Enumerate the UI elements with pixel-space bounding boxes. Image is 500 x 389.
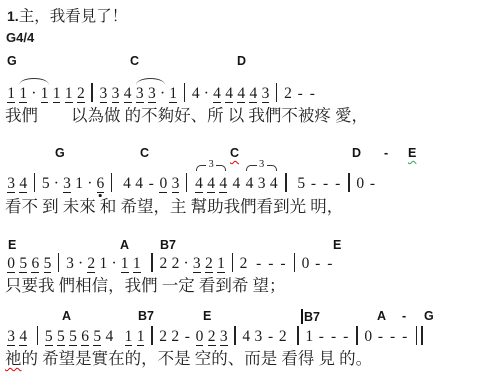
notation-row[interactable]: 345·31·644-034443443435---0- [5,173,379,197]
note: 1 [125,329,133,346]
note: 0 [196,329,204,346]
chord-label: B7 [301,309,320,324]
lyric-segment: 的 希望是實在的，不是 空的、而是 看得 見 的。 [22,349,373,368]
note: 3 [148,86,156,103]
chord-label: C [140,146,149,160]
dot: · [87,174,92,194]
chord-row[interactable]: GCCD-E [0,146,500,162]
note: 2 [284,86,292,102]
note: 6 [31,256,39,273]
note: 2 [77,86,85,103]
triplet-number: 3 [209,160,214,170]
dash: - [310,84,315,104]
barline [37,326,38,345]
song-title-text: 主，我看見了！ [19,8,128,25]
note: 4 [207,176,215,193]
song-number: 1. [7,8,19,24]
note: 1 [7,86,15,103]
note: 3 [7,329,15,346]
note: 4 [19,176,27,193]
note: 3 [100,86,108,103]
barline [297,326,298,345]
notation-row[interactable]: 05653·21·1122·3212---0-- [5,253,336,277]
tie-arc: 1·1 [17,84,50,104]
dash: - [370,174,375,194]
chord-label: D [352,146,361,160]
chord-label: G [424,309,434,323]
chord-row[interactable]: AB7EB7A-G [0,309,500,325]
note: 4 [213,86,221,103]
chord-label: G [7,54,17,68]
note: 6 [97,176,105,193]
lyric-segment: 看不 到 未來 和 希望，主 幫助我們看到光 明， [5,197,343,216]
barline [285,173,286,192]
note: 3 [255,329,263,345]
note: 1 [65,86,73,103]
barline [91,83,92,102]
note: 2 [279,329,287,345]
chord-label: - [402,309,406,323]
dot: · [160,84,165,104]
lyric-segment: 只要我 們相信，我們 一定 看到希 望； [5,276,286,295]
dot: · [31,84,36,104]
note: 4 [135,176,143,192]
note: 3 [7,176,15,193]
dash: - [268,254,273,274]
note: 2 [240,256,248,272]
note: 3 [112,86,120,103]
note: 1 [133,256,141,273]
barline [356,326,357,345]
barline [151,253,152,272]
note: 2 [205,256,213,273]
chord-label: - [384,146,388,160]
note: 2 [159,256,167,272]
barline [232,253,233,272]
barline [151,326,152,345]
note: 3 [63,176,71,193]
dash: - [256,254,261,274]
chord-row[interactable]: EAB7E [0,238,500,254]
note: 4 [123,176,131,192]
note: 2 [208,329,216,346]
note: 0 [364,329,372,345]
note: 1 [19,86,27,103]
barline [111,173,112,192]
note: 4 [124,86,132,103]
note: 3 [220,329,228,346]
chord-label: D [237,54,246,68]
dash: - [402,327,407,347]
note: 4 [237,86,245,103]
dash: - [268,327,273,347]
document-page: 1.主，我看見了！ G4/4 GCD11·111233433·14·444432… [0,0,500,389]
dash: - [149,174,154,194]
dash: - [311,174,316,194]
note: 2 [172,256,180,272]
dash: - [343,327,348,347]
note: 1 [217,256,225,273]
barline [58,253,59,272]
chord-label: E [333,238,341,252]
chord-label: A [377,309,386,323]
dash: - [280,254,285,274]
note: 1 [121,256,129,273]
note: 3 [193,256,201,273]
note: 0 [356,176,364,192]
chord-label: C [130,54,139,68]
note: 2 [159,329,167,345]
chord-label: E [8,238,16,252]
barline [184,83,185,102]
note: 2 [171,329,179,345]
note: 5 [42,176,50,192]
triplet-bracket: 4443 [193,174,229,194]
tie-arc: 33· [134,84,167,104]
note: 3 [258,176,266,192]
note: 4 [105,329,113,345]
note: 3 [262,86,270,103]
note: 5 [44,256,52,273]
note: 5 [69,329,77,346]
note: 0 [302,256,310,272]
lyrics-row[interactable]: 祂的 希望是實在的，不是 空的、而是 看得 見 的。 [5,349,372,369]
lyrics-row[interactable]: 只要我 們相信，我們 一定 看到希 望； [5,276,286,296]
chord-label: E [203,309,211,323]
chord-label: A [62,309,71,323]
note: 1 [169,86,177,103]
dash: - [298,84,303,104]
note: 4 [195,176,203,193]
note: 3 [172,176,180,193]
dash: - [319,327,324,347]
note: 3 [136,86,144,103]
dot: · [78,254,83,274]
triplet-bracket: 4343 [243,174,279,194]
note: 4 [246,176,254,192]
chord-label: E [408,146,416,160]
note: 4 [233,176,241,192]
note: 4 [242,329,250,345]
note: 4 [270,176,278,192]
triplet-number: 3 [259,160,264,170]
lyrics-row[interactable]: 我們 以為做 的不夠好、所 以 我們不被疼 愛， [5,106,368,126]
note: 1 [41,86,49,103]
note: 1 [75,176,83,192]
barline [276,83,277,102]
dot: · [111,254,116,274]
dash: - [331,327,336,347]
chord-label: G [55,146,65,160]
dash: - [327,254,332,274]
note: 4 [249,86,257,103]
lyric-segment: 我們 以為做 的不夠好、所 以 我們不被疼 愛， [5,106,368,125]
dash: - [315,254,320,274]
notation-row[interactable]: 345556541122-02343-21---0--- [5,326,425,350]
dash: - [390,327,395,347]
chord-label: C [230,146,239,160]
barline [186,173,187,192]
note: 2 [87,256,95,273]
dot: · [184,254,189,274]
note: 6 [81,329,89,346]
note: 1 [137,329,145,346]
lyrics-row[interactable]: 看不 到 未來 和 希望，主 幫助我們看到光 明， [5,197,343,217]
chord-row[interactable]: GCD [0,54,500,70]
key-signature[interactable]: G4/4 [6,30,34,45]
chord-label: B7 [138,309,154,323]
chord-label: A [120,238,129,252]
dash: - [335,174,340,194]
dot: · [54,174,59,194]
note: 5 [93,329,101,346]
note: 1 [100,256,108,272]
barline [34,173,35,192]
note: 5 [19,256,27,273]
barline [294,253,295,272]
lyric-segment: 祂 [5,349,22,368]
chord-label: B7 [160,238,176,252]
text-cursor [301,309,303,324]
final-barline [416,326,423,345]
note: 4 [225,86,233,103]
dash: - [378,327,383,347]
note: 4 [219,176,227,193]
note: 5 [57,329,65,346]
note: 5 [297,176,305,192]
song-title[interactable]: 1.主，我看見了！ [7,6,127,27]
dot: · [204,84,209,104]
dash: - [185,327,190,347]
note: 1 [305,329,313,345]
note: 1 [53,86,61,103]
barline [348,173,349,192]
note: 0 [7,256,15,273]
note: 0 [159,176,167,193]
notation-row[interactable]: 11·111233433·14·444432-- [5,83,318,107]
barline [234,326,235,345]
dash: - [323,174,328,194]
note: 4 [192,86,200,102]
note: 3 [66,256,74,272]
note: 4 [19,329,27,346]
note: 5 [45,329,53,346]
